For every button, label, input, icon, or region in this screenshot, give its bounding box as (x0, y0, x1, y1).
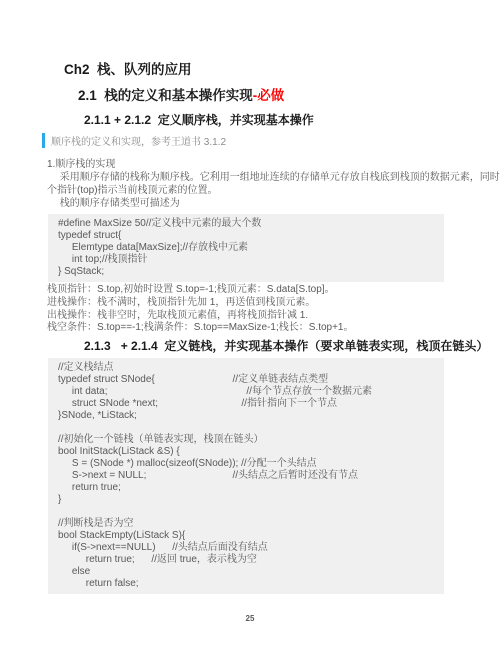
code-line: bool InitStack(LiStack &S) { (58, 446, 440, 458)
code-line: S = (SNode *) malloc(sizeof(SNode)); //分… (58, 458, 440, 470)
code-line: if(S->next==NULL) //头结点后面没有结点 (58, 542, 440, 554)
code-line: } SqStack; (58, 266, 440, 278)
note-line: 出栈操作：栈非空时，先取栈顶元素值，再将栈顶指针减 1. (47, 310, 500, 323)
code-line: //定义栈结点 (58, 362, 440, 374)
code-line: typedef struct{ (58, 230, 440, 242)
code-line: int data; //每个节点存放一个数据元素 (58, 386, 440, 398)
note-line: 进栈操作：栈不满时，栈顶指针先加 1，再送值到栈顶元素。 (47, 297, 500, 310)
code-block-linked-stack: //定义栈结点typedef struct SNode{ //定义单链表结点类型… (48, 358, 444, 594)
intro-line: 个指针(top)指示当前栈顶元素的位置。 (47, 184, 500, 197)
code-line (58, 422, 440, 434)
code-line: typedef struct SNode{ //定义单链表结点类型 (58, 374, 440, 386)
chapter-heading: Ch2 栈、队列的应用 (64, 62, 500, 78)
intro-line: 采用顺序存储的栈称为顺序栈。它利用一组地址连续的存储单元存放自栈底到栈顶的数据元… (47, 171, 500, 184)
code-block-sequential-stack: #define MaxSize 50//定义栈中元素的最大个数typedef s… (48, 214, 444, 282)
intro-line: 栈的顺序存储类型可描述为 (47, 197, 500, 210)
document-page: Ch2 栈、队列的应用 2.1 栈的定义和基本操作实现-必做 2.1.1 + 2… (0, 0, 500, 653)
code-line: struct SNode *next; //指针指向下一个节点 (58, 398, 440, 410)
intro-line: 1.顺序栈的实现 (47, 158, 500, 171)
code-line: } (58, 494, 440, 506)
code-line: return false; (58, 578, 440, 590)
code-line: }SNode, *LiStack; (58, 410, 440, 422)
section-heading-text: 2.1 栈的定义和基本操作实现 (78, 88, 253, 103)
quote-block: 顺序栈的定义和实现，参考王道书 3.1.2 (42, 132, 500, 148)
stack-operation-notes: 栈顶指针：S.top,初始时设置 S.top=-1;栈顶元素：S.data[S.… (47, 284, 500, 335)
code-line: return true; (58, 482, 440, 494)
note-line: 栈空条件：S.top==-1;栈满条件：S.top==MaxSize-1;栈长：… (47, 322, 500, 335)
subsection-heading-2: 2.1.3 + 2.1.4 定义链栈，并实现基本操作（要求单链表实现，栈顶在链头… (84, 339, 500, 354)
code-line: //判断栈是否为空 (58, 518, 440, 530)
section-heading: 2.1 栈的定义和基本操作实现-必做 (78, 88, 500, 104)
subsection-heading-1: 2.1.1 + 2.1.2 定义顺序栈，并实现基本操作 (84, 113, 500, 128)
quote-accent-bar (42, 133, 45, 148)
code-line: int top;//栈顶指针 (58, 254, 440, 266)
code-line: Elemtype data[MaxSize];//存放栈中元素 (58, 242, 440, 254)
code-line (58, 506, 440, 518)
note-line: 栈顶指针：S.top,初始时设置 S.top=-1;栈顶元素：S.data[S.… (47, 284, 500, 297)
required-badge: -必做 (253, 88, 285, 103)
code-line: return true; //返回 true，表示栈为空 (58, 554, 440, 566)
code-line: //初始化一个链栈（单链表实现，栈顶在链头） (58, 434, 440, 446)
code-line: #define MaxSize 50//定义栈中元素的最大个数 (58, 218, 440, 230)
page-number: 25 (0, 614, 500, 623)
code-line: S->next = NULL; //头结点之后暂时还没有节点 (58, 470, 440, 482)
intro-section: 1.顺序栈的实现 采用顺序存储的栈称为顺序栈。它利用一组地址连续的存储单元存放自… (47, 158, 500, 210)
quote-text: 顺序栈的定义和实现，参考王道书 3.1.2 (51, 133, 226, 148)
code-line: bool StackEmpty(LiStack S){ (58, 530, 440, 542)
code-line: else (58, 566, 440, 578)
